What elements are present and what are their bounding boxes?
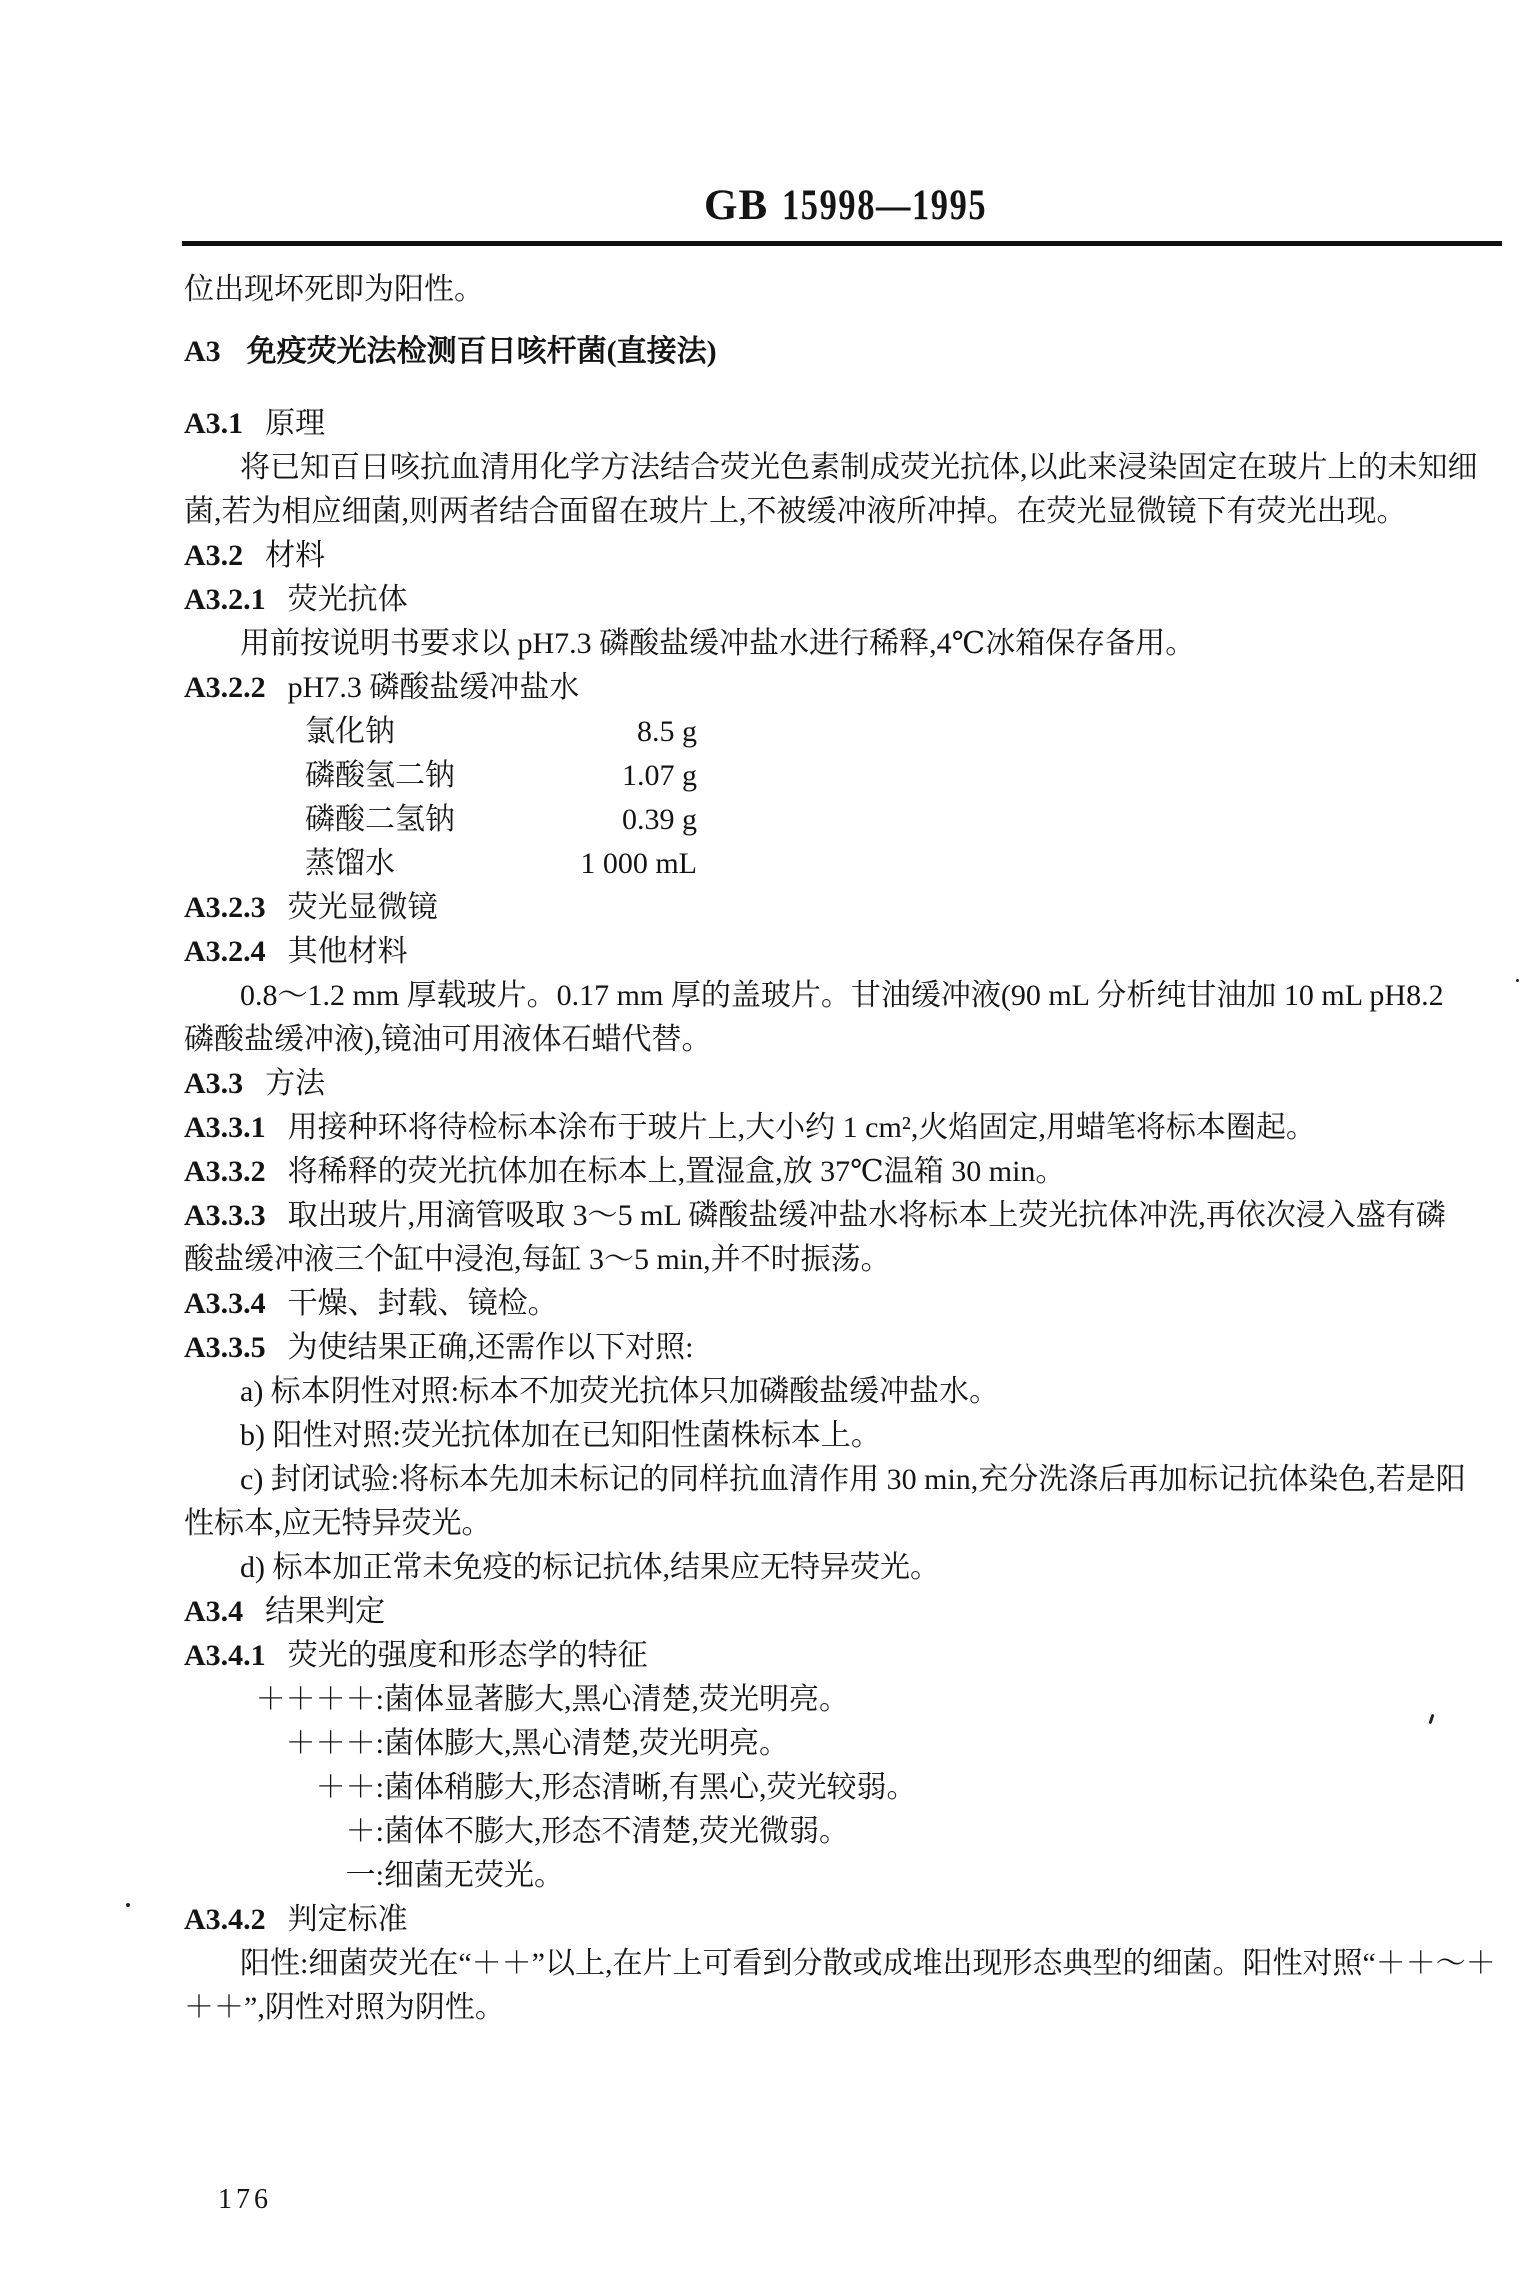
text-line: A3.3.3取出玻片,用滴管吸取 3～5 mL 磷酸盐缓冲盐水将标本上荧光抗体冲… [184, 1194, 1514, 1238]
ingredient-name: 磷酸氢二钠 [305, 754, 517, 798]
line-text: 取出玻片,用滴管吸取 3～5 mL 磷酸盐缓冲盐水将标本上荧光抗体冲洗,再依次浸… [288, 1199, 1446, 1232]
text-line: 磷酸氢二钠1.07 g [184, 754, 1514, 798]
text-line: A3.4结果判定 [184, 1590, 1514, 1634]
line-text: 材料 [265, 539, 325, 572]
clause-number: A3.2.1 [184, 583, 266, 616]
line-text: 酸盐缓冲液三个缸中浸泡,每缸 3～5 min,并不时振荡。 [184, 1243, 891, 1276]
text-line: 性标本,应无特异荧光。 [184, 1502, 1514, 1546]
text-line: 菌,若为相应细菌,则两者结合面留在玻片上,不被缓冲液所冲掉。在荧光显微镜下有荧光… [184, 490, 1514, 534]
line-text: b) 阳性对照:荧光抗体加在已知阳性菌株标本上。 [240, 1419, 881, 1452]
line-text: 用前按说明书要求以 pH7.3 磷酸盐缓冲盐水进行稀释,4℃冰箱保存备用。 [240, 627, 1195, 660]
section-heading: A3免疫荧光法检测百日咳杆菌(直接法) [184, 330, 1514, 374]
ingredient-amount: 1 000 mL [517, 842, 697, 886]
text-line: A3.1原理 [184, 402, 1514, 446]
clause-number: A3.2.4 [184, 935, 266, 968]
grade-marker: ＋＋＋: [184, 1722, 384, 1766]
text-line: b) 阳性对照:荧光抗体加在已知阳性菌株标本上。 [184, 1414, 1514, 1458]
line-text: 为使结果正确,还需作以下对照: [288, 1331, 694, 1364]
text-line: A3.2.2pH7.3 磷酸盐缓冲盐水 [184, 666, 1514, 710]
line-text: 方法 [265, 1067, 325, 1100]
line-text: a) 标本阴性对照:标本不加荧光抗体只加磷酸盐缓冲盐水。 [240, 1375, 999, 1408]
line-text: 性标本,应无特异荧光。 [184, 1507, 492, 1540]
page-number: 176 [218, 2184, 272, 2216]
clause-number: A3.4.2 [184, 1903, 266, 1936]
clause-number: A3.3.4 [184, 1287, 266, 1320]
line-text: 位出现坏死即为阳性。 [184, 273, 484, 306]
text-line: 磷酸二氢钠0.39 g [184, 798, 1514, 842]
text-line: A3.3方法 [184, 1062, 1514, 1106]
document-body: 位出现坏死即为阳性。A3免疫荧光法检测百日咳杆菌(直接法)A3.1原理将已知百日… [184, 268, 1514, 2030]
line-text: 荧光的强度和形态学的特征 [288, 1639, 648, 1672]
text-line: A3.3.1用接种环将待检标本涂布于玻片上,大小约 1 cm²,火焰固定,用蜡笔… [184, 1106, 1514, 1150]
line-text: 原理 [265, 407, 325, 440]
line-text: 结果判定 [265, 1595, 385, 1628]
text-line: d) 标本加正常未免疫的标记抗体,结果应无特异荧光。 [184, 1546, 1514, 1590]
document-page: GB15998—1995 位出现坏死即为阳性。A3免疫荧光法检测百日咳杆菌(直接… [0, 0, 1536, 2285]
scan-artifact [126, 1903, 130, 1907]
text-line: A3.4.1荧光的强度和形态学的特征 [184, 1634, 1514, 1678]
text-line: 氯化钠8.5 g [184, 710, 1514, 754]
line-text: 免疫荧光法检测百日咳杆菌(直接法) [247, 335, 717, 368]
text-line: A3.3.2将稀释的荧光抗体加在标本上,置湿盒,放 37℃温箱 30 min。 [184, 1150, 1514, 1194]
text-line: 用前按说明书要求以 pH7.3 磷酸盐缓冲盐水进行稀释,4℃冰箱保存备用。 [184, 622, 1514, 666]
ingredient-name: 氯化钠 [305, 710, 517, 754]
clause-number: A3.2 [184, 539, 243, 572]
grade-marker: ＋＋: [184, 1766, 384, 1810]
clause-number: A3.3.5 [184, 1331, 266, 1364]
text-line: 将已知百日咳抗血清用化学方法结合荧光色素制成荧光抗体,以此来浸染固定在玻片上的未… [184, 446, 1514, 490]
scan-artifact [1516, 979, 1519, 982]
grade-description: 菌体膨大,黑心清楚,荧光明亮。 [384, 1727, 789, 1760]
text-line: A3.2.4其他材料 [184, 930, 1514, 974]
standard-code-number: 15998—1995 [782, 181, 987, 230]
ingredient-amount: 1.07 g [517, 754, 697, 798]
text-line: A3.2.3荧光显微镜 [184, 886, 1514, 930]
text-line: 酸盐缓冲液三个缸中浸泡,每缸 3～5 min,并不时振荡。 [184, 1238, 1514, 1282]
line-text: 荧光抗体 [288, 583, 408, 616]
standard-code: GB15998—1995 [704, 181, 1039, 230]
text-line: c) 封闭试验:将标本先加未标记的同样抗血清作用 30 min,充分洗涤后再加标… [184, 1458, 1514, 1502]
line-text: 用接种环将待检标本涂布于玻片上,大小约 1 cm²,火焰固定,用蜡笔将标本圈起。 [288, 1111, 1316, 1144]
line-text: d) 标本加正常未免疫的标记抗体,结果应无特异荧光。 [240, 1551, 940, 1584]
text-line: A3.2材料 [184, 534, 1514, 578]
line-text: 其他材料 [288, 935, 408, 968]
ingredient-name: 磷酸二氢钠 [305, 798, 517, 842]
grade-description: 菌体不膨大,形态不清楚,荧光微弱。 [384, 1815, 849, 1848]
grade-marker: 一: [184, 1854, 384, 1898]
clause-number: A3 [184, 335, 221, 368]
clause-number: A3.3.3 [184, 1199, 266, 1232]
ingredient-amount: 0.39 g [517, 798, 697, 842]
text-line: 磷酸盐缓冲液),镜油可用液体石蜡代替。 [184, 1018, 1514, 1062]
text-line: 蒸馏水1 000 mL [184, 842, 1514, 886]
text-line: ＋＋＋:菌体膨大,黑心清楚,荧光明亮。 [184, 1722, 1514, 1766]
grade-description: 细菌无荧光。 [384, 1859, 564, 1892]
text-line: A3.3.4干燥、封载、镜检。 [184, 1282, 1514, 1326]
grade-description: 菌体稍膨大,形态清晰,有黑心,荧光较弱。 [384, 1771, 917, 1804]
grade-description: 菌体显著膨大,黑心清楚,荧光明亮。 [384, 1683, 849, 1716]
text-line: 位出现坏死即为阳性。 [184, 268, 1514, 312]
ingredient-amount: 8.5 g [517, 710, 697, 754]
text-line: ＋＋”,阴性对照为阴性。 [184, 1986, 1514, 2030]
ingredient-name: 蒸馏水 [305, 842, 517, 886]
text-line: 0.8～1.2 mm 厚载玻片。0.17 mm 厚的盖玻片。甘油缓冲液(90 m… [184, 974, 1514, 1018]
text-line: A3.3.5为使结果正确,还需作以下对照: [184, 1326, 1514, 1370]
clause-number: A3.2.3 [184, 891, 266, 924]
text-line: 阳性:细菌荧光在“＋＋”以上,在片上可看到分散或成堆出现形态典型的细菌。阳性对照… [184, 1942, 1514, 1986]
text-line: A3.4.2判定标准 [184, 1898, 1514, 1942]
header-rule [182, 241, 1502, 246]
line-text: 荧光显微镜 [288, 891, 438, 924]
line-text: ＋＋”,阴性对照为阴性。 [184, 1991, 505, 2024]
text-line: 一:细菌无荧光。 [184, 1854, 1514, 1898]
clause-number: A3.3.2 [184, 1155, 266, 1188]
clause-number: A3.3.1 [184, 1111, 266, 1144]
line-text: 菌,若为相应细菌,则两者结合面留在玻片上,不被缓冲液所冲掉。在荧光显微镜下有荧光… [184, 495, 1407, 528]
clause-number: A3.4 [184, 1595, 243, 1628]
text-line: a) 标本阴性对照:标本不加荧光抗体只加磷酸盐缓冲盐水。 [184, 1370, 1514, 1414]
text-line: ＋:菌体不膨大,形态不清楚,荧光微弱。 [184, 1810, 1514, 1854]
line-text: 磷酸盐缓冲液),镜油可用液体石蜡代替。 [184, 1023, 712, 1056]
line-text: 0.8～1.2 mm 厚载玻片。0.17 mm 厚的盖玻片。甘油缓冲液(90 m… [240, 979, 1444, 1012]
grade-marker: ＋＋＋＋: [184, 1678, 384, 1722]
clause-number: A3.2.2 [184, 671, 266, 704]
clause-number: A3.1 [184, 407, 243, 440]
standard-code-prefix: GB [704, 182, 768, 229]
text-line: ＋＋:菌体稍膨大,形态清晰,有黑心,荧光较弱。 [184, 1766, 1514, 1810]
line-text: pH7.3 磷酸盐缓冲盐水 [288, 671, 580, 704]
line-text: 将稀释的荧光抗体加在标本上,置湿盒,放 37℃温箱 30 min。 [288, 1155, 1066, 1188]
line-text: 将已知百日咳抗血清用化学方法结合荧光色素制成荧光抗体,以此来浸染固定在玻片上的未… [240, 451, 1478, 484]
clause-number: A3.4.1 [184, 1639, 266, 1672]
clause-number: A3.3 [184, 1067, 243, 1100]
line-text: 判定标准 [288, 1903, 408, 1936]
line-text: c) 封闭试验:将标本先加未标记的同样抗血清作用 30 min,充分洗涤后再加标… [240, 1463, 1466, 1496]
line-text: 阳性:细菌荧光在“＋＋”以上,在片上可看到分散或成堆出现形态典型的细菌。阳性对照… [240, 1947, 1496, 1980]
grade-marker: ＋: [184, 1810, 384, 1854]
line-text: 干燥、封载、镜检。 [288, 1287, 558, 1320]
text-line: A3.2.1荧光抗体 [184, 578, 1514, 622]
text-line: ＋＋＋＋:菌体显著膨大,黑心清楚,荧光明亮。 [184, 1678, 1514, 1722]
